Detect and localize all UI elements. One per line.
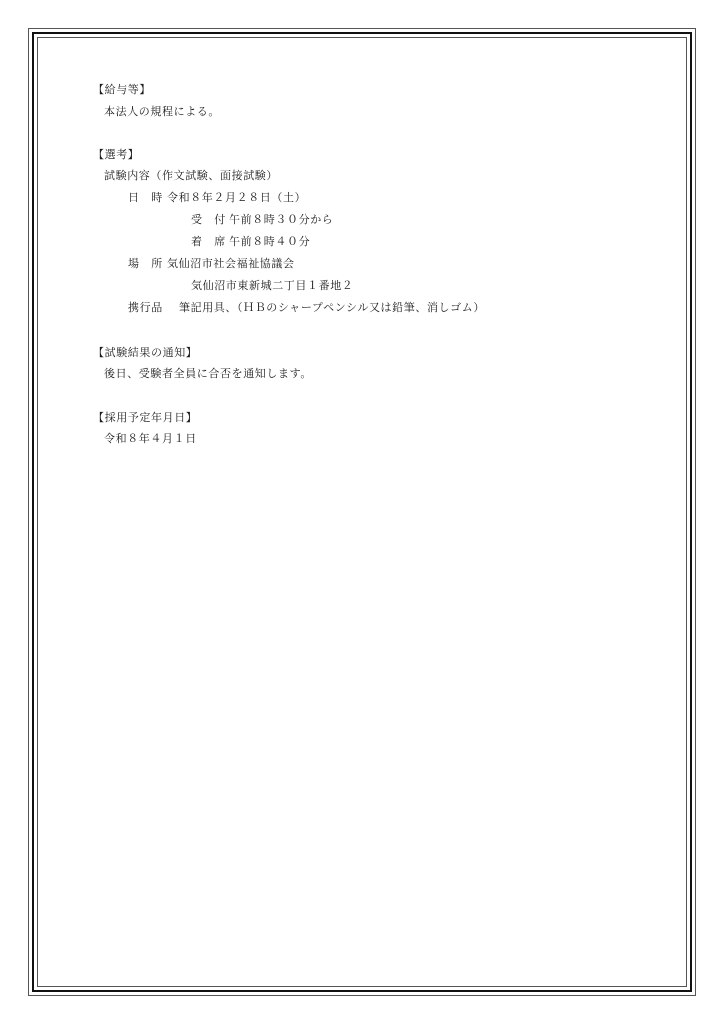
- seating-label: 着 席: [191, 235, 226, 249]
- hire-date-text: 令和８年４月１日: [104, 432, 197, 446]
- section-heading-hire-date: 【採用予定年月日】: [93, 411, 197, 425]
- reception-label: 受 付: [191, 213, 226, 227]
- location-name: 気仙沼市社会福祉協議会: [167, 257, 295, 271]
- seating-time: 午前８時４０分: [229, 235, 310, 249]
- document-page: 【給与等】 本法人の規程による。 【選考】 試験内容（作文試験、面接試験） 日 …: [0, 0, 724, 1024]
- exam-content-text: 試験内容（作文試験、面接試験）: [104, 169, 278, 183]
- location-label: 場 所: [128, 257, 163, 271]
- section-heading-salary: 【給与等】: [93, 83, 151, 97]
- belongings-text: 筆記用具、（ＨＢのシャープペンシル又は鉛筆、消しゴム）: [179, 301, 485, 315]
- reception-time: 午前８時３０分から: [229, 213, 333, 227]
- section-heading-selection: 【選考】: [93, 148, 139, 162]
- salary-text: 本法人の規程による。: [104, 105, 220, 119]
- section-heading-result-notice: 【試験結果の通知】: [93, 346, 197, 360]
- schedule-label: 日 時: [128, 191, 163, 205]
- schedule-date: 令和８年２月２８日（土）: [167, 191, 306, 205]
- belongings-label: 携行品: [128, 301, 163, 315]
- result-notice-text: 後日、受験者全員に合否を通知します。: [104, 367, 312, 381]
- location-address: 気仙沼市東新城二丁目１番地２: [191, 279, 353, 293]
